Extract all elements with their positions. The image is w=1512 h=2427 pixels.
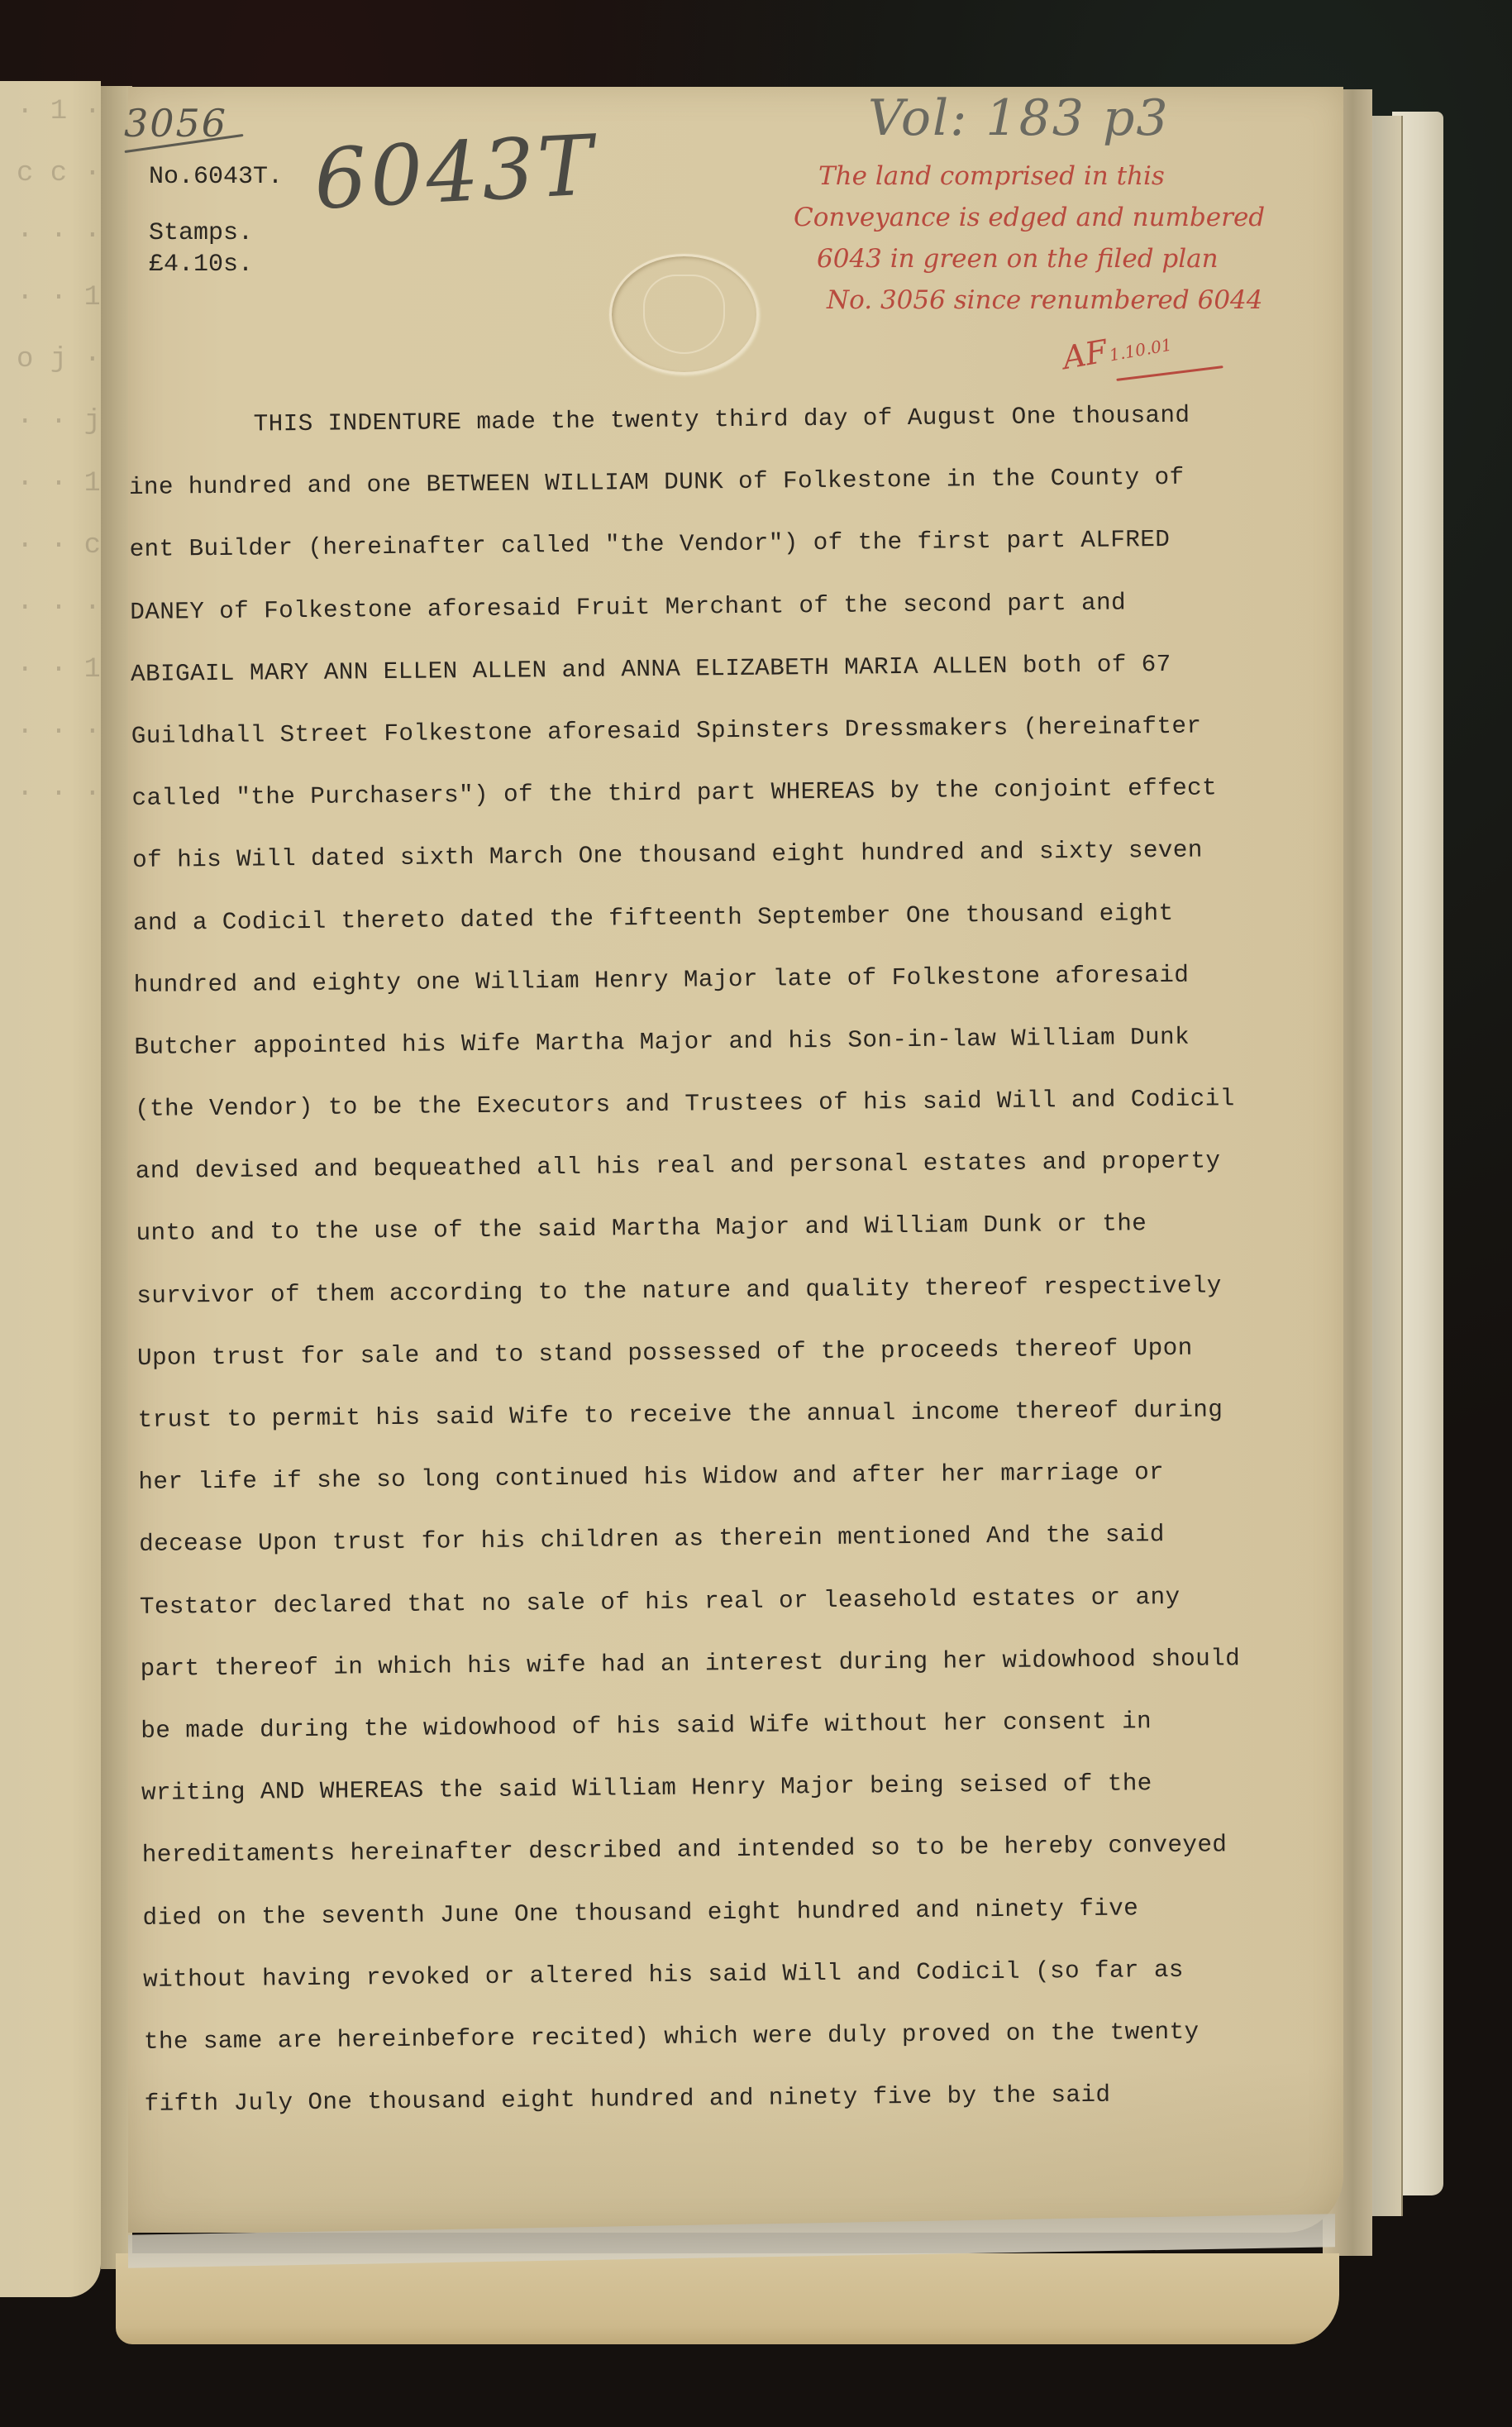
body-line: of his Will dated sixth March One thousa… [132, 833, 1377, 907]
ghost-line: · · · · [17, 577, 99, 639]
body-line: died on the seventh June One thousand ei… [142, 1890, 1387, 1964]
body-line: fifth July One thousand eight hundred an… [144, 2076, 1389, 2151]
volume-reference: Vol: 183 p3 [868, 89, 1170, 147]
annotation-line: No. 3056 since renumbered 6044 [794, 279, 1323, 321]
body-line: and devised and bequeathed all his real … [136, 1144, 1381, 1218]
ghost-line: · · 1 · [17, 453, 99, 515]
body-line: THIS INDENTURE made the twenty third day… [128, 398, 1373, 472]
body-line: Guildhall Street Folkestone aforesaid Sp… [131, 708, 1376, 782]
body-line: decease Upon trust for his children as t… [139, 1517, 1384, 1591]
left-page-bleed-text: · 1 · · c c · 1 · · · · · · 1 · o j · · … [17, 81, 99, 825]
ghost-line: · · · · [17, 763, 99, 825]
body-line: ine hundred and one BETWEEN WILLIAM DUNK… [129, 460, 1374, 534]
ghost-line: · · 1 · [17, 267, 99, 329]
body-line: Butcher appointed his Wife Martha Major … [134, 1019, 1379, 1093]
body-line: the same are hereinbefore recited) which… [144, 2014, 1389, 2088]
body-line: trust to permit his said Wife to receive… [138, 1392, 1383, 1466]
stamps-block: Stamps. £4.10s. [149, 217, 283, 280]
handwritten-document-number: 6043T [312, 117, 599, 228]
body-line: and a Codicil thereto dated the fifteent… [133, 895, 1378, 969]
body-line: part thereof in which his wife had an in… [140, 1641, 1385, 1715]
body-line: DANEY of Folkestone aforesaid Fruit Merc… [130, 584, 1375, 658]
body-line: her life if she so long continued his Wi… [138, 1455, 1383, 1529]
ghost-line: · · c · [17, 515, 99, 577]
ghost-line: · · 1 · [17, 639, 99, 701]
body-line: hundred and eighty one William Henry Maj… [133, 957, 1378, 1031]
body-line: Upon trust for sale and to stand possess… [137, 1330, 1382, 1404]
annotation-line: Conveyance is edged and numbered [794, 197, 1323, 238]
typed-header: No.6043T. Stamps. £4.10s. [149, 161, 283, 280]
body-line: Testator declared that no sale of his re… [140, 1579, 1385, 1653]
ghost-line: o j · · [17, 329, 99, 391]
ghost-line: c c · 1 [17, 143, 99, 205]
body-line: called "the Purchasers") of the third pa… [131, 771, 1376, 845]
stamps-label: Stamps. [149, 217, 283, 249]
body-line: be made during the widowhood of his said… [141, 1703, 1386, 1777]
ghost-line: · · j · [17, 391, 99, 453]
seal-crest [643, 275, 725, 354]
page-bottom-curl [116, 2253, 1339, 2344]
indenture-body: THIS INDENTURE made the twenty third day… [128, 398, 1376, 2150]
body-line: ABIGAIL MARY ANN ELLEN ALLEN and ANNA EL… [131, 646, 1376, 720]
typed-document-number: No.6043T. [149, 161, 283, 193]
body-line: writing AND WHEREAS the said William Hen… [141, 1765, 1386, 1840]
embossed-seal-icon [609, 254, 759, 375]
annotation-line: 6043 in green on the filed plan [794, 238, 1323, 279]
body-line: survivor of them according to the nature… [136, 1268, 1381, 1342]
ghost-line: · 1 · · [17, 81, 99, 143]
red-ink-annotation: The land comprised in this Conveyance is… [794, 155, 1323, 321]
body-line: (the Vendor) to be the Executors and Tru… [135, 1082, 1380, 1156]
body-line: unto and to the use of the said Martha M… [136, 1206, 1381, 1280]
ghost-line: · · · · [17, 701, 99, 763]
body-line: ent Builder (hereinafter called "the Ven… [129, 522, 1374, 596]
left-facing-page: · 1 · · c c · 1 · · · · · · 1 · o j · · … [0, 81, 101, 2297]
stamps-amount: £4.10s. [149, 249, 283, 280]
annotation-initials: AF [1060, 332, 1110, 376]
ghost-line: · · · · [17, 205, 99, 267]
body-line: without having revoked or altered his sa… [143, 1952, 1388, 2026]
body-line: hereditaments hereinafter described and … [142, 1827, 1387, 1902]
annotation-line: The land comprised in this [794, 155, 1323, 197]
